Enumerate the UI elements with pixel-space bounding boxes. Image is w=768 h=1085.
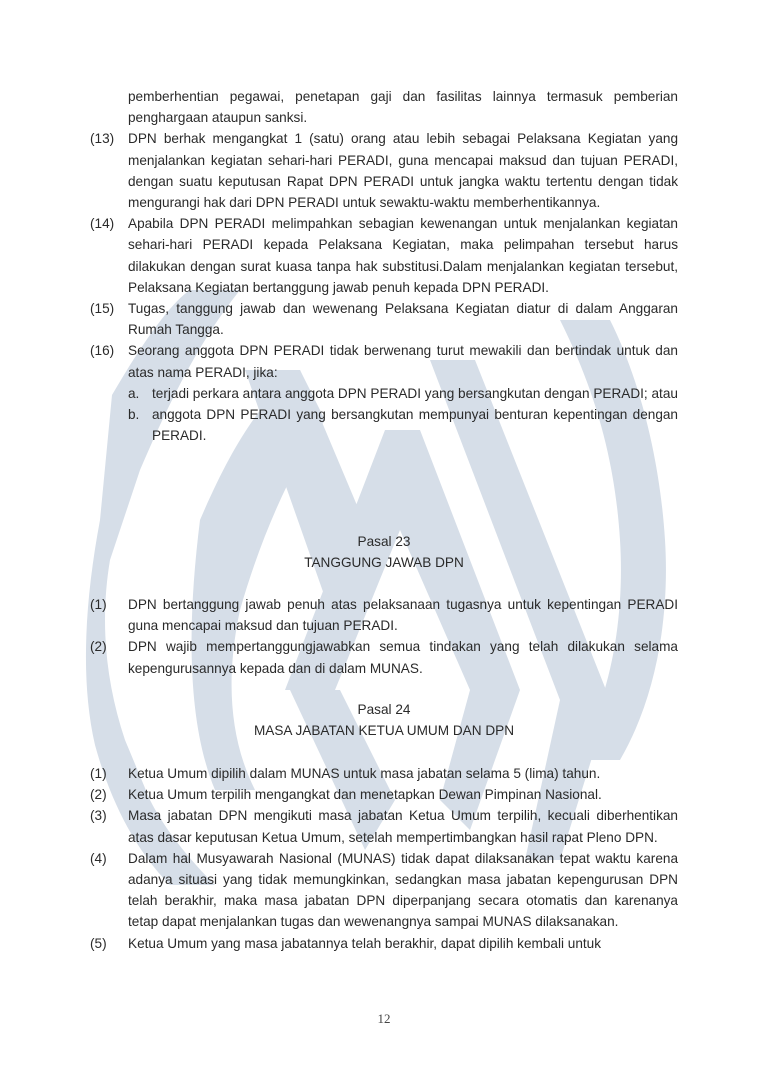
item-number: (14) [90, 213, 114, 234]
list-item: (16) Seorang anggota DPN PERADI tidak be… [90, 340, 678, 382]
pasal-24-body: (1) Ketua Umum dipilih dalam MUNAS untuk… [90, 763, 678, 954]
list-item: (1) DPN bertanggung jawab penuh atas pel… [90, 594, 678, 636]
item-number: (2) [90, 784, 107, 805]
item-text: DPN wajib mempertanggungjawabkan semua t… [128, 639, 678, 675]
list-item: (13) DPN berhak mengangkat 1 (satu) oran… [90, 128, 678, 213]
sub-item-letter: a. [128, 383, 139, 404]
item-text: Tugas, tanggung jawab dan wewenang Pelak… [128, 301, 678, 337]
list-item: (1) Ketua Umum dipilih dalam MUNAS untuk… [90, 763, 678, 784]
article-title: MASA JABATAN KETUA UMUM DAN DPN [0, 720, 768, 741]
list-item: (4) Dalam hal Musyawarah Nasional (MUNAS… [90, 848, 678, 933]
page-number: 12 [0, 1011, 768, 1027]
sub-list-item: b. anggota DPN PERADI yang bersangkutan … [90, 404, 678, 446]
item-text: Masa jabatan DPN mengikuti masa jabatan … [128, 808, 678, 844]
list-item: (2) Ketua Umum terpilih mengangkat dan m… [90, 784, 678, 805]
item-number: (2) [90, 636, 107, 657]
item-text: Ketua Umum terpilih mengangkat dan menet… [128, 787, 602, 802]
document-page: pemberhentian pegawai, penetapan gaji da… [0, 0, 768, 1085]
item-text: Apabila DPN PERADI melimpahkan sebagian … [128, 216, 678, 295]
paragraph-continuation: pemberhentian pegawai, penetapan gaji da… [90, 86, 678, 128]
sub-item-letter: b. [128, 404, 139, 425]
sub-item-text: terjadi perkara antara anggota DPN PERAD… [152, 386, 678, 401]
list-item: (2) DPN wajib mempertanggungjawabkan sem… [90, 636, 678, 678]
item-number: (3) [90, 805, 107, 826]
article-number: Pasal 24 [0, 699, 768, 720]
pasal-23-body: (1) DPN bertanggung jawab penuh atas pel… [90, 594, 678, 679]
sub-list-item: a. terjadi perkara antara anggota DPN PE… [90, 383, 678, 404]
list-item: (15) Tugas, tanggung jawab dan wewenang … [90, 298, 678, 340]
pasal-22-continuation: pemberhentian pegawai, penetapan gaji da… [90, 86, 678, 446]
item-text: Dalam hal Musyawarah Nasional (MUNAS) ti… [128, 851, 678, 930]
article-number: Pasal 23 [0, 531, 768, 552]
item-number: (1) [90, 763, 107, 784]
item-number: (1) [90, 594, 107, 615]
list-item: (5) Ketua Umum yang masa jabatannya tela… [90, 933, 678, 954]
item-text: Ketua Umum dipilih dalam MUNAS untuk mas… [128, 766, 600, 781]
list-item: (14) Apabila DPN PERADI melimpahkan seba… [90, 213, 678, 298]
item-number: (4) [90, 848, 107, 869]
sub-item-text: anggota DPN PERADI yang bersangkutan mem… [152, 407, 678, 443]
item-text: Seorang anggota DPN PERADI tidak berwena… [128, 343, 678, 379]
item-number: (13) [90, 128, 114, 149]
article-title: TANGGUNG JAWAB DPN [0, 552, 768, 573]
list-item: (3) Masa jabatan DPN mengikuti masa jaba… [90, 805, 678, 847]
item-number: (16) [90, 340, 114, 361]
item-number: (15) [90, 298, 114, 319]
item-text: DPN bertanggung jawab penuh atas pelaksa… [128, 597, 678, 633]
item-number: (5) [90, 933, 107, 954]
item-text: Ketua Umum yang masa jabatannya telah be… [128, 936, 601, 951]
item-text: DPN berhak mengangkat 1 (satu) orang ata… [128, 131, 678, 210]
